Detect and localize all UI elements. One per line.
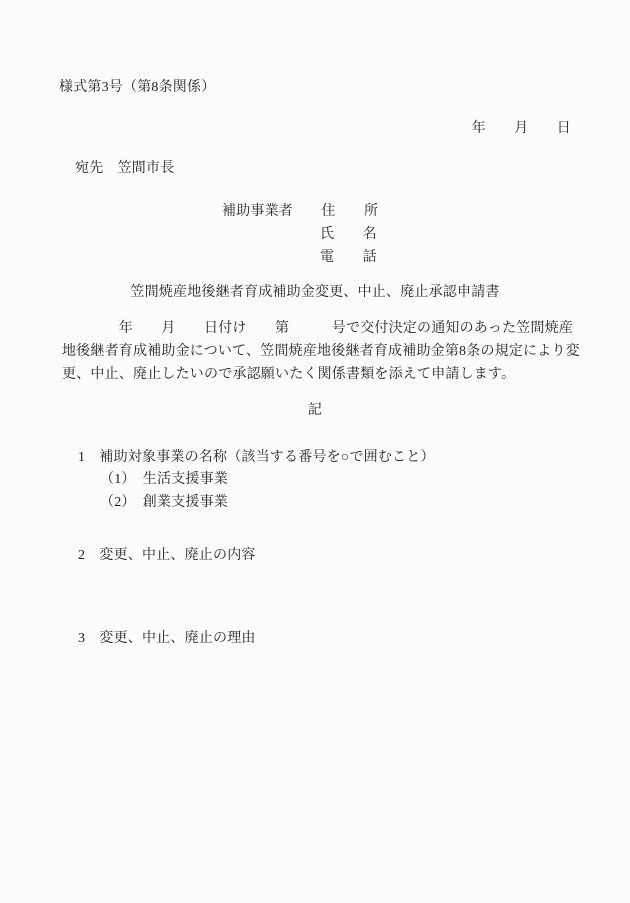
applicant-phone-line: 電 話 xyxy=(320,250,377,266)
body-paragraph-line-3: 更、中止、廃止したいので承認願いたく関係書類を添えて申請します。 xyxy=(62,367,515,383)
item-1-option-1: （1） 生活支援事業 xyxy=(100,472,228,488)
body-paragraph-line-2: 地後継者育成補助金について、笠間焼産地後継者育成補助金第8条の規定により変 xyxy=(62,344,580,360)
application-form-page: 様式第3号（第8条関係） 年 月 日 宛先 笠間市長 補助事業者 住 所 氏 名… xyxy=(0,0,630,903)
list-marker-ki: 記 xyxy=(0,403,630,419)
applicant-name-line: 氏 名 xyxy=(320,227,377,243)
document-title: 笠間焼産地後継者育成補助金変更、中止、廃止承認申請書 xyxy=(0,285,630,301)
date-line: 年 月 日 xyxy=(472,121,571,137)
item-3-heading: 3 変更、中止、廃止の理由 xyxy=(78,631,256,647)
form-code: 様式第3号（第8条関係） xyxy=(59,80,215,96)
item-2-heading: 2 変更、中止、廃止の内容 xyxy=(78,548,256,564)
item-1-option-2: （2） 創業支援事業 xyxy=(100,495,228,511)
applicant-address-line: 補助事業者 住 所 xyxy=(222,204,378,220)
body-paragraph-line-1: 年 月 日付け 第 号で交付決定の通知のあった笠間焼産 xyxy=(62,321,573,337)
item-1-heading: 1 補助対象事業の名称（該当する番号を○で囲むこと） xyxy=(78,450,435,466)
addressee-line: 宛先 笠間市長 xyxy=(75,161,174,177)
